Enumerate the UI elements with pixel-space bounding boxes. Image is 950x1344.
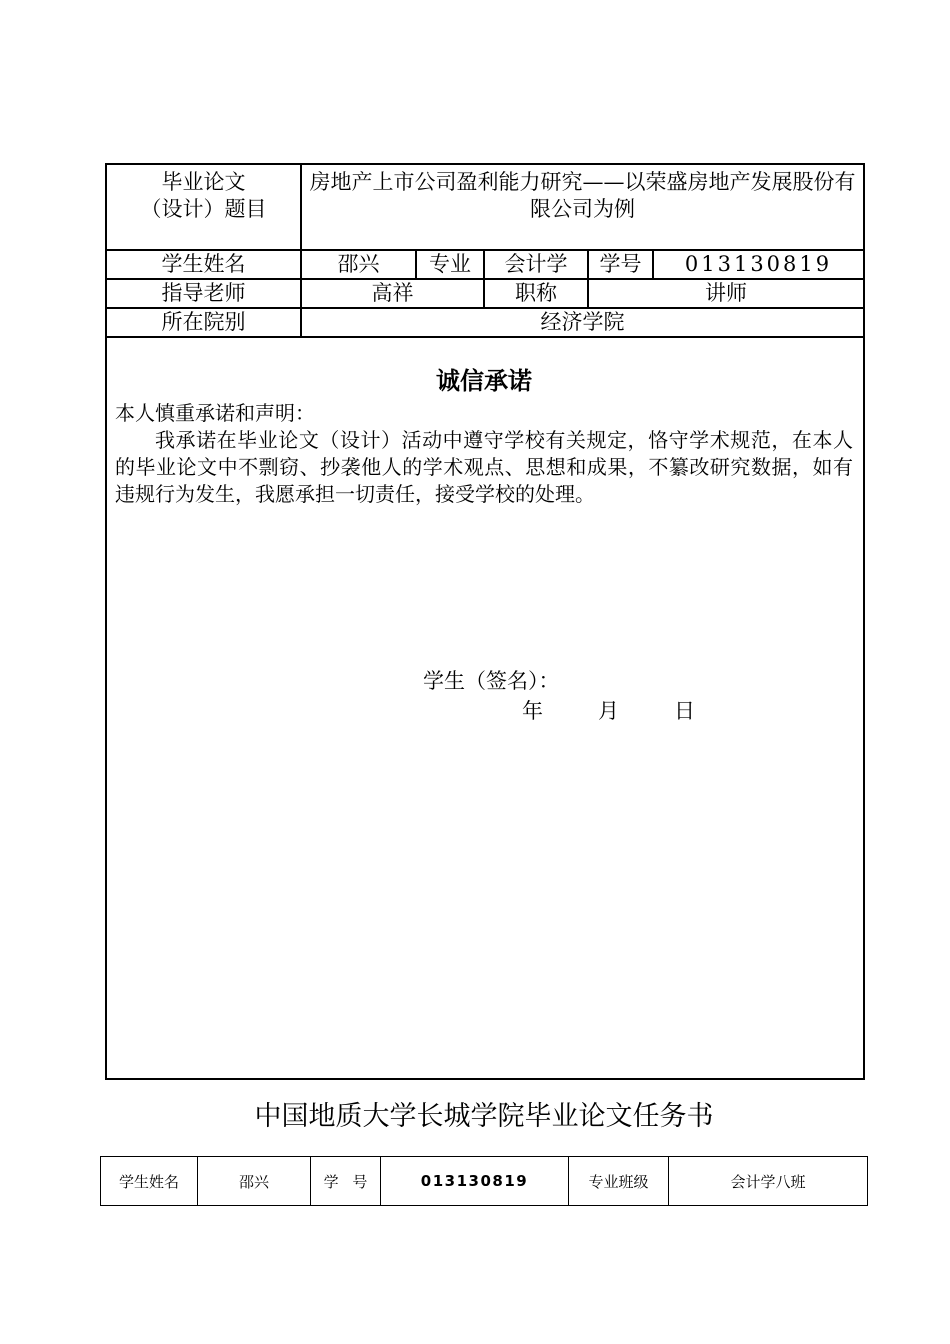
pledge-row: 诚信承诺 本人慎重承诺和声明： 我承诺在毕业论文（设计）活动中遵守学校有关规定，… [106, 337, 864, 1079]
rank-label-cell: 职称 [484, 279, 588, 308]
task-book-title: 中国地质大学长城学院毕业论文任务书 [105, 1100, 863, 1134]
day-label: 日 [674, 698, 695, 725]
student-id-label-cell: 学号 [588, 250, 653, 279]
task-book-student-row: 学生姓名 邵兴 学 号 013130819 专业班级 会计学八班 [101, 1157, 868, 1206]
month-label: 月 [598, 698, 619, 725]
pledge-declaration: 本人慎重承诺和声明： [115, 400, 853, 427]
year-label: 年 [522, 698, 543, 725]
task-class-value-cell: 会计学八班 [669, 1157, 868, 1206]
student-info-row: 学生姓名 邵兴 专业 会计学 学号 013130819 [106, 250, 864, 279]
thesis-title-label-line2: （设计）题目 [107, 196, 300, 223]
thesis-title-label-line1: 毕业论文 [107, 169, 300, 196]
advisor-label-cell: 指导老师 [106, 279, 301, 308]
task-class-label-cell: 专业班级 [569, 1157, 669, 1206]
major-label-cell: 专业 [416, 250, 484, 279]
department-label-cell: 所在院别 [106, 308, 301, 337]
student-name-value-cell: 邵兴 [301, 250, 416, 279]
pledge-heading: 诚信承诺 [115, 366, 853, 396]
advisor-value-cell: 高祥 [301, 279, 484, 308]
thesis-title-row: 毕业论文 （设计）题目 房地产上市公司盈利能力研究——以荣盛房地产发展股份有限公… [106, 164, 864, 250]
rank-value-cell: 讲师 [588, 279, 864, 308]
pledge-cell: 诚信承诺 本人慎重承诺和声明： 我承诺在毕业论文（设计）活动中遵守学校有关规定，… [106, 337, 864, 1079]
student-id-value-cell: 013130819 [653, 250, 864, 279]
department-row: 所在院别 经济学院 [106, 308, 864, 337]
task-book-table: 学生姓名 邵兴 学 号 013130819 专业班级 会计学八班 [100, 1156, 868, 1206]
thesis-title-label-cell: 毕业论文 （设计）题目 [106, 164, 301, 250]
pledge-body: 我承诺在毕业论文（设计）活动中遵守学校有关规定，恪守学术规范，在本人的毕业论文中… [115, 427, 853, 508]
task-student-name-value-cell: 邵兴 [198, 1157, 311, 1206]
student-signature-label: 学生（签名）： [423, 668, 853, 695]
advisor-row: 指导老师 高祥 职称 讲师 [106, 279, 864, 308]
task-student-name-label-cell: 学生姓名 [101, 1157, 198, 1206]
pledge-section: 诚信承诺 本人慎重承诺和声明： 我承诺在毕业论文（设计）活动中遵守学校有关规定，… [107, 338, 863, 725]
student-name-label-cell: 学生姓名 [106, 250, 301, 279]
department-value-cell: 经济学院 [301, 308, 864, 337]
task-student-id-value-cell: 013130819 [381, 1157, 569, 1206]
thesis-info-table: 毕业论文 （设计）题目 房地产上市公司盈利能力研究——以荣盛房地产发展股份有限公… [105, 163, 865, 1080]
major-value-cell: 会计学 [484, 250, 588, 279]
thesis-title-value-cell: 房地产上市公司盈利能力研究——以荣盛房地产发展股份有限公司为例 [301, 164, 864, 250]
signature-date-line: 年 月 日 [522, 698, 853, 725]
task-student-id-label-cell: 学 号 [311, 1157, 381, 1206]
